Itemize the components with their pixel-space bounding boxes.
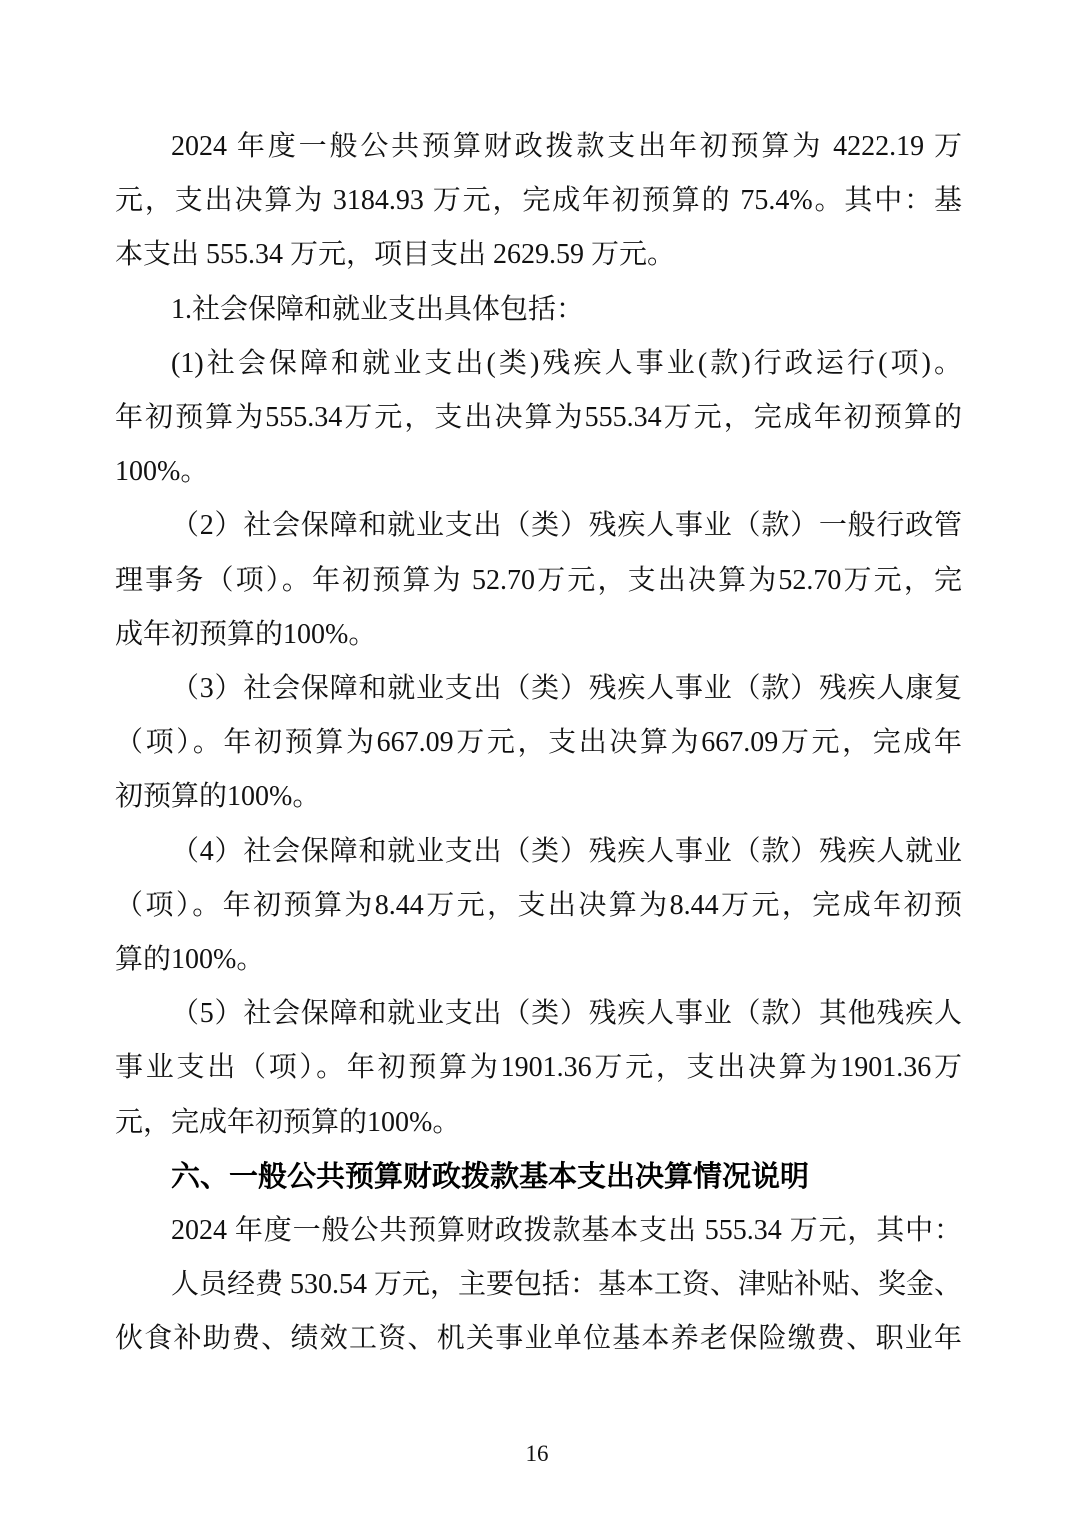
body-text-line: 事业支出（项）。年初预算为1901.36万元，支出决算为1901.36万 — [115, 1041, 962, 1095]
body-text-line: （项）。年初预算为667.09万元，支出决算为667.09万元，完成年 — [115, 716, 962, 770]
body-text-line: （2）社会保障和就业支出（类）残疾人事业（款）一般行政管 — [115, 499, 962, 553]
page-number: 16 — [0, 1441, 1074, 1467]
paragraph: （3）社会保障和就业支出（类）残疾人事业（款）残疾人康复 （项）。年初预算为66… — [115, 662, 962, 825]
page-body: 2024 年度一般公共预算财政拨款支出年初预算为 4222.19 万 元，支出决… — [115, 120, 962, 1367]
body-text-line: （3）社会保障和就业支出（类）残疾人事业（款）残疾人康复 — [115, 662, 962, 716]
paragraph: 六、一般公共预算财政拨款基本支出决算情况说明 — [115, 1150, 962, 1204]
body-text-line: 100%。 — [115, 445, 962, 499]
body-text-line: 理事务（项）。年初预算为 52.70万元，支出决算为52.70万元，完 — [115, 554, 962, 608]
paragraph: 2024 年度一般公共预算财政拨款基本支出 555.34 万元，其中： — [115, 1204, 962, 1258]
body-text-line: 成年初预算的100%。 — [115, 608, 962, 662]
paragraph: 人员经费 530.54 万元，主要包括：基本工资、津贴补贴、奖金、 伙食补助费、… — [115, 1258, 962, 1366]
section-heading: 六、一般公共预算财政拨款基本支出决算情况说明 — [115, 1150, 962, 1204]
body-text-line: 2024 年度一般公共预算财政拨款支出年初预算为 4222.19 万 — [115, 120, 962, 174]
body-text-line: 伙食补助费、绩效工资、机关事业单位基本养老保险缴费、职业年 — [115, 1312, 962, 1366]
document-page: 2024 年度一般公共预算财政拨款支出年初预算为 4222.19 万 元，支出决… — [0, 0, 1074, 1520]
body-text-line: (1)社会保障和就业支出(类)残疾人事业(款)行政运行(项)。 — [115, 337, 962, 391]
body-text-line: 2024 年度一般公共预算财政拨款基本支出 555.34 万元，其中： — [115, 1204, 962, 1258]
body-text-line: 年初预算为555.34万元，支出决算为555.34万元，完成年初预算的 — [115, 391, 962, 445]
paragraph: （5）社会保障和就业支出（类）残疾人事业（款）其他残疾人 事业支出（项）。年初预… — [115, 987, 962, 1150]
body-text-line: 元，完成年初预算的100%。 — [115, 1096, 962, 1150]
body-text-line: （4）社会保障和就业支出（类）残疾人事业（款）残疾人就业 — [115, 825, 962, 879]
body-text-line: 人员经费 530.54 万元，主要包括：基本工资、津贴补贴、奖金、 — [115, 1258, 962, 1312]
body-text-line: （5）社会保障和就业支出（类）残疾人事业（款）其他残疾人 — [115, 987, 962, 1041]
body-text-line: 元，支出决算为 3184.93 万元，完成年初预算的 75.4%。其中：基 — [115, 174, 962, 228]
paragraph: 2024 年度一般公共预算财政拨款支出年初预算为 4222.19 万 元，支出决… — [115, 120, 962, 283]
paragraph: 1.社会保障和就业支出具体包括： — [115, 283, 962, 337]
body-text-line: （项）。年初预算为8.44万元，支出决算为8.44万元，完成年初预 — [115, 879, 962, 933]
paragraph: (1)社会保障和就业支出(类)残疾人事业(款)行政运行(项)。 年初预算为555… — [115, 337, 962, 500]
body-text-line: 1.社会保障和就业支出具体包括： — [115, 283, 962, 337]
body-text-line: 初预算的100%。 — [115, 770, 962, 824]
paragraph: （4）社会保障和就业支出（类）残疾人事业（款）残疾人就业 （项）。年初预算为8.… — [115, 825, 962, 988]
body-text-line: 本支出 555.34 万元，项目支出 2629.59 万元。 — [115, 228, 962, 282]
body-text-line: 算的100%。 — [115, 933, 962, 987]
paragraph: （2）社会保障和就业支出（类）残疾人事业（款）一般行政管 理事务（项）。年初预算… — [115, 499, 962, 662]
